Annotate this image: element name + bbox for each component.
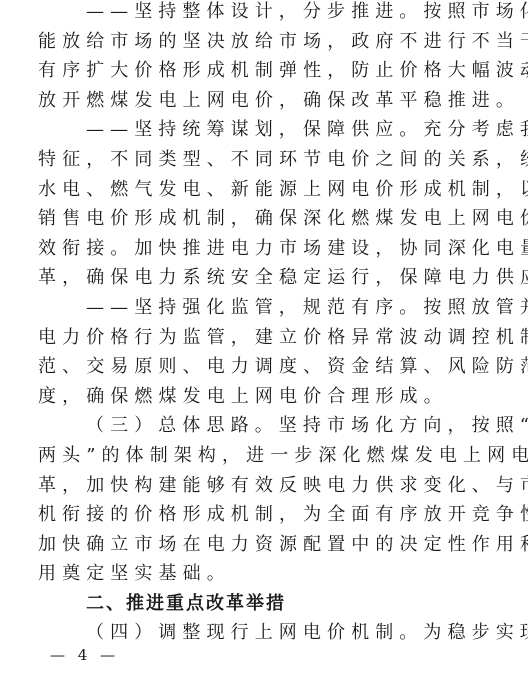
text-line: 度，确保燃煤发电上网电价合理形成。 [38, 386, 474, 416]
text-line: 销售电价形成机制，确保深化燃煤发电上网电价机制改革措施有 [38, 208, 474, 238]
text-line: 电力价格行为监管，建立价格异常波动调控机制，健全市场规 [38, 327, 474, 357]
text-line: 机衔接的价格形成机制，为全面有序放开竞争性环节电力价格、 [38, 504, 474, 534]
paragraph-coordinated-planning: ——坚持统筹谋划，保障供应。充分考虑我省电力能源结构 特征，不同类型、不同环节电… [38, 119, 474, 297]
paragraph-overall-design: ——坚持整体设计，分步推进。按照市场化改革要求，凡是 能放给市场的坚决放给市场，… [38, 1, 474, 119]
text-line: （三）总体思路。坚持市场化方向，按照“管住中间、放开 [38, 415, 474, 445]
text-line: 能放给市场的坚决放给市场，政府不进行不当干预。分步实施， [38, 31, 474, 61]
text-line: 用奠定坚实基础。 [38, 563, 474, 593]
page-number: — 4 — [50, 646, 119, 664]
text-line: 加快确立市场在电力资源配置中的决定性作用和更好发挥政府作 [38, 534, 474, 564]
text-line: 特征，不同类型、不同环节电价之间的关系，统筹谋划好核电、 [38, 149, 474, 179]
text-line: ——坚持统筹谋划，保障供应。充分考虑我省电力能源结构 [38, 119, 474, 149]
paragraph-overall-approach: （三）总体思路。坚持市场化方向，按照“管住中间、放开 两头”的体制架构，进一步深… [38, 415, 474, 593]
text-line: ——坚持整体设计，分步推进。按照市场化改革要求，凡是 [38, 1, 474, 31]
text-line: 范、交易原则、电力调度、资金结算、风险防范、信息披露等制 [38, 356, 474, 386]
text-line: 效衔接。加快推进电力市场建设，协同深化电量、电价市场化改 [38, 238, 474, 268]
paragraph-strengthen-supervision: ——坚持强化监管，规范有序。按照放管并重的要求，加强 电力价格行为监管，建立价格… [38, 297, 474, 415]
section-heading: 二、推进重点改革举措 [38, 593, 474, 623]
text-line: 革，加快构建能够有效反映电力供求变化、与市场化交易机制有 [38, 475, 474, 505]
text-line: 水电、燃气发电、新能源上网电价形成机制，以及不同类型用户 [38, 179, 474, 209]
text-line: ——坚持强化监管，规范有序。按照放管并重的要求，加强 [38, 297, 474, 327]
text-line: 两头”的体制架构，进一步深化燃煤发电上网电价形成机制改 [38, 445, 474, 475]
text-line: 放开燃煤发电上网电价，确保改革平稳推进。 [38, 90, 474, 120]
document-page: ——坚持整体设计，分步推进。按照市场化改革要求，凡是 能放给市场的坚决放给市场，… [38, 0, 474, 652]
text-line: 革，确保电力系统安全稳定运行，保障电力供应。 [38, 267, 474, 297]
text-line: 有序扩大价格形成机制弹性，防止价格大幅波动，逐步实现全面 [38, 60, 474, 90]
